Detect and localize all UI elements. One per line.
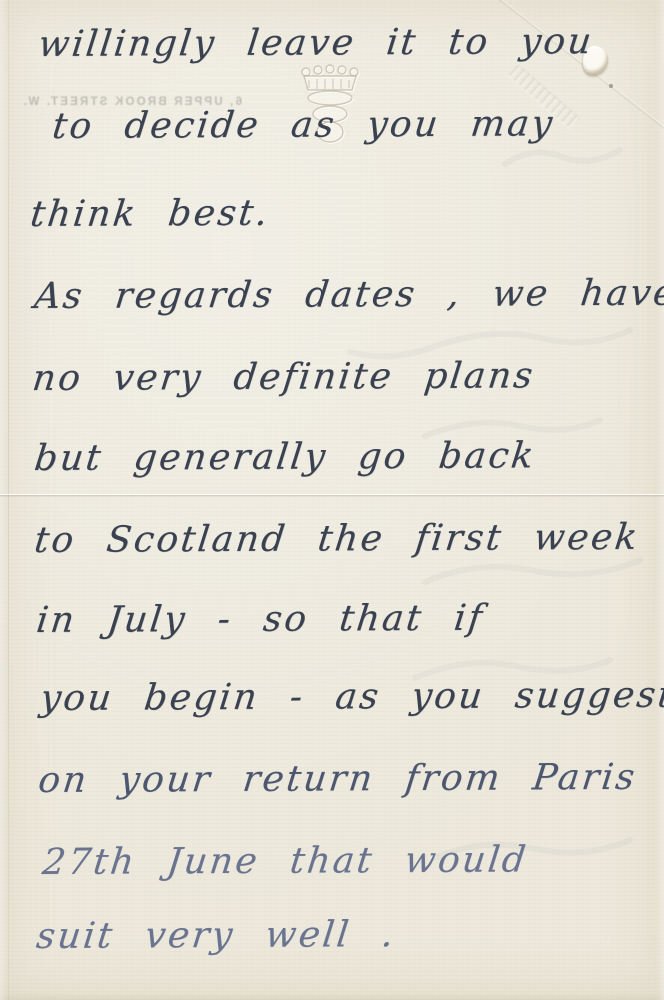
handwriting-line: As regards dates , we have xyxy=(32,271,664,319)
handwriting-line: in July - so that if xyxy=(34,596,487,643)
handwriting-line: 27th June that would xyxy=(40,837,530,885)
handwriting-line: suit very well . xyxy=(34,912,398,959)
paper-speck xyxy=(609,84,613,88)
fold-crease xyxy=(0,494,664,499)
handwriting-line: think best. xyxy=(28,191,272,237)
left-edge-crease xyxy=(8,0,9,1000)
letter-page: 6, UPPER BROOK STREET. W. willingly leav… xyxy=(0,0,664,1000)
handwriting-line: no very definite plans xyxy=(30,353,537,401)
handwriting-line: to Scotland the first week xyxy=(32,515,642,563)
handwriting-line: you begin - as you suggest- xyxy=(38,673,664,721)
handwriting-line: to decide as you may xyxy=(50,101,557,149)
handwriting-line: on your return from Paris xyxy=(36,755,639,803)
handwriting-line: willingly leave it to you xyxy=(36,19,596,67)
handwriting-line: but generally go back xyxy=(32,433,538,481)
